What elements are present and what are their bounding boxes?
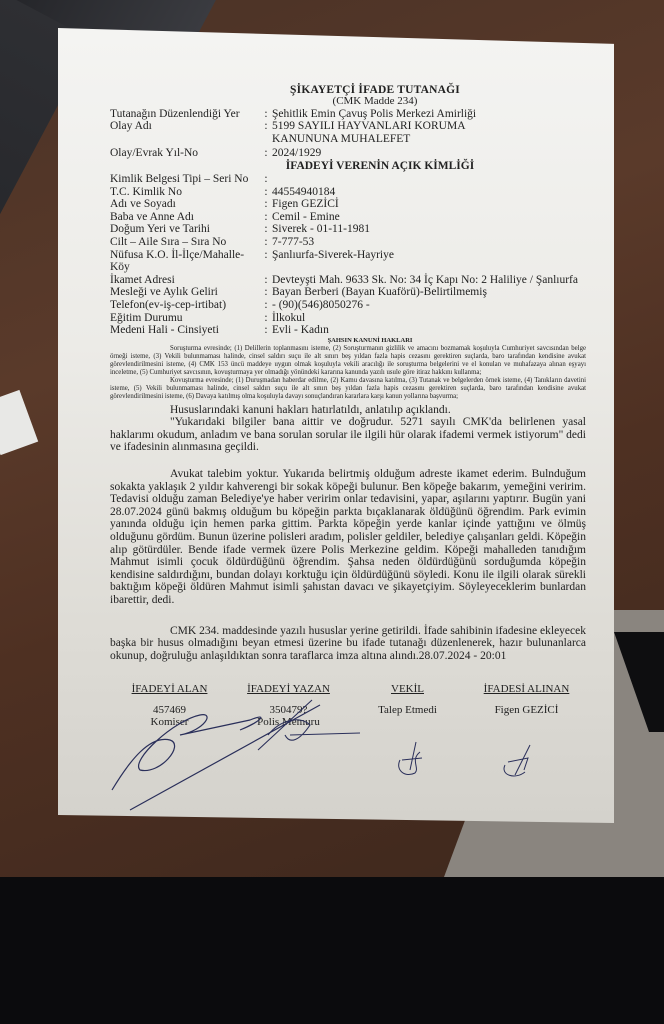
field-label: İkamet Adresi — [110, 274, 260, 287]
field-separator: : — [260, 274, 272, 287]
field-label: Telefon(ev-iş-cep-irtibat) — [110, 299, 260, 312]
field-row: Nüfusa K.O. İl-İlçe/Mahalle-Köy:Şanlıurf… — [110, 249, 610, 274]
signature-heading: İFADEYİ YAZAN — [247, 684, 330, 696]
field-value: Bayan Berberi (Bayan Kuaförü)-Belirtilme… — [272, 286, 610, 299]
field-row: Adı ve Soyadı:Figen GEZİCİ — [110, 198, 610, 211]
declaration: "Yukarıdaki bilgiler bana aittir ve doğr… — [110, 416, 586, 454]
field-label: Tutanağın Düzenlendiği Yer — [110, 108, 260, 121]
field-row: Medeni Hali - Cinsiyeti:Evli - Kadın — [110, 324, 610, 337]
rights-reminded: Hususlarındaki kanuni hakları hatırlatıl… — [110, 404, 586, 417]
field-separator: : — [260, 324, 272, 337]
field-value: Şehitlik Emin Çavuş Polis Merkezi Amirli… — [272, 108, 610, 121]
statement-document: ŞİKAYETÇİ İFADE TUTANAĞI (CMK Madde 234)… — [110, 84, 610, 728]
field-separator: : — [260, 211, 272, 224]
field-value: Devteyşti Mah. 9633 Sk. No: 34 İç Kapı N… — [272, 274, 610, 287]
rights-heading: ŞAHSIN KANUNİ HAKLARI — [130, 337, 610, 345]
field-row: Tutanağın Düzenlendiği Yer : Şehitlik Em… — [110, 108, 610, 121]
signature-rank: Polis Memuru — [229, 716, 348, 728]
signature-block: İFADEYİ ALAN 457469 Komiser İFADEYİ YAZA… — [110, 684, 586, 728]
signature-lawyer: VEKİL Talep Etmedi — [348, 684, 467, 728]
field-separator: : — [260, 236, 272, 249]
field-separator: : — [260, 120, 272, 145]
field-value — [272, 173, 610, 186]
field-separator: : — [260, 147, 272, 160]
field-value: 5199 SAYILI HAYVANLARI KORUMA KANUNUNA M… — [272, 120, 522, 145]
field-value: Siverek - 01-11-1981 — [272, 223, 610, 236]
field-separator: : — [260, 173, 272, 186]
field-value: Figen GEZİCİ — [272, 198, 610, 211]
signature-rank: Komiser — [110, 716, 229, 728]
rights-investigation: Soruşturma evresinde; (1) Delillerin top… — [110, 345, 586, 377]
field-value: Evli - Kadın — [272, 324, 610, 337]
field-separator: : — [260, 108, 272, 121]
field-row: Olay Adı : 5199 SAYILI HAYVANLARI KORUMA… — [110, 120, 610, 145]
field-row: Cilt – Aile Sıra – Sıra No:7-777-53 — [110, 236, 610, 249]
identity-heading: İFADEYİ VERENİN AÇIK KİMLİĞİ — [150, 160, 610, 173]
field-value: - (90)(546)8050276 - — [272, 299, 610, 312]
field-value: 7-777-53 — [272, 236, 610, 249]
field-row: Doğum Yeri ve Tarihi:Siverek - 01-11-198… — [110, 223, 610, 236]
signature-heading: VEKİL — [391, 684, 424, 696]
signature-id: 457469 — [110, 704, 229, 716]
field-label: Nüfusa K.O. İl-İlçe/Mahalle-Köy — [110, 249, 260, 274]
field-value: 2024/1929 — [272, 147, 610, 160]
document-subtitle: (CMK Madde 234) — [140, 96, 610, 108]
field-separator: : — [260, 286, 272, 299]
field-row: Olay/Evrak Yıl-No : 2024/1929 — [110, 147, 610, 160]
rights-prosecution: Kovuşturma evresinde; (1) Duruşmadan hab… — [110, 377, 586, 401]
signature-note: Talep Etmedi — [348, 704, 467, 716]
field-separator: : — [260, 198, 272, 211]
field-separator: : — [260, 223, 272, 236]
closing-paragraph: CMK 234. maddesinde yazılı hususlar yeri… — [110, 625, 586, 663]
paper-scrap — [0, 390, 38, 455]
field-separator: : — [260, 299, 272, 312]
field-label: Medeni Hali - Cinsiyeti — [110, 324, 260, 337]
field-row: İkamet Adresi:Devteyşti Mah. 9633 Sk. No… — [110, 274, 610, 287]
field-separator: : — [260, 186, 272, 199]
signature-taker: İFADEYİ ALAN 457469 Komiser — [110, 684, 229, 728]
field-label: Olay Adı — [110, 120, 260, 145]
signature-complainant: İFADESİ ALINAN Figen GEZİCİ — [467, 684, 586, 728]
field-value: Cemil - Emine — [272, 211, 610, 224]
field-label: T.C. Kimlik No — [110, 186, 260, 199]
identity-fields: Kimlik Belgesi Tipi – Seri No:T.C. Kimli… — [110, 173, 610, 337]
field-separator: : — [260, 312, 272, 325]
header-fields: Tutanağın Düzenlendiği Yer : Şehitlik Em… — [110, 108, 610, 160]
field-row: Mesleği ve Aylık Geliri:Bayan Berberi (B… — [110, 286, 610, 299]
field-row: Eğitim Durumu:İlkokul — [110, 312, 610, 325]
field-value: İlkokul — [272, 312, 610, 325]
field-row: Baba ve Anne Adı:Cemil - Emine — [110, 211, 610, 224]
bottom-black-bar — [0, 877, 664, 1024]
signature-heading: İFADESİ ALINAN — [484, 684, 570, 696]
field-label: Doğum Yeri ve Tarihi — [110, 223, 260, 236]
field-label: Kimlik Belgesi Tipi – Seri No — [110, 173, 260, 186]
signature-id: 350479? — [229, 704, 348, 716]
signature-writer: İFADEYİ YAZAN 350479? Polis Memuru — [229, 684, 348, 728]
field-label: Adı ve Soyadı — [110, 198, 260, 211]
field-label: Mesleği ve Aylık Geliri — [110, 286, 260, 299]
field-label: Baba ve Anne Adı — [110, 211, 260, 224]
statement-body: Avukat talebim yoktur. Yukarıda belirtmi… — [110, 468, 586, 607]
field-separator: : — [260, 249, 272, 274]
field-label: Cilt – Aile Sıra – Sıra No — [110, 236, 260, 249]
field-row: Kimlik Belgesi Tipi – Seri No: — [110, 173, 610, 186]
field-row: Telefon(ev-iş-cep-irtibat): - (90)(546)8… — [110, 299, 610, 312]
field-label: Olay/Evrak Yıl-No — [110, 147, 260, 160]
field-value: 44554940184 — [272, 186, 610, 199]
field-value: Şanlıurfa-Siverek-Hayriye — [272, 249, 610, 274]
field-row: T.C. Kimlik No:44554940184 — [110, 186, 610, 199]
field-label: Eğitim Durumu — [110, 312, 260, 325]
signature-heading: İFADEYİ ALAN — [132, 684, 208, 696]
signature-name: Figen GEZİCİ — [467, 704, 586, 716]
